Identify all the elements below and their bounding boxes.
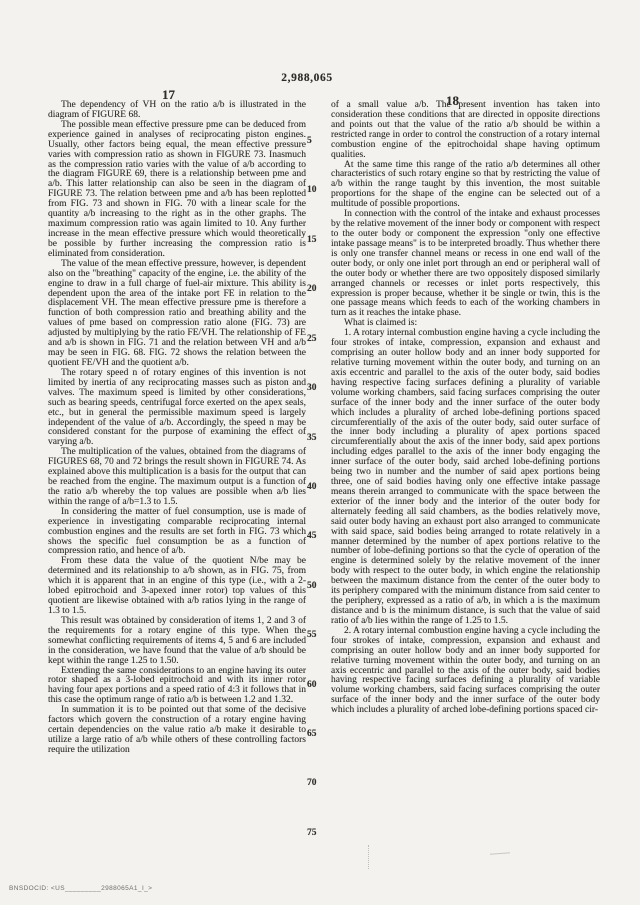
paragraph: The multiplication of the values, obtain…: [48, 448, 306, 508]
paragraph: From these data the value of the quotien…: [48, 557, 306, 617]
paragraph: The dependency of VH on the ratio a/b is…: [48, 101, 306, 121]
scan-artifact: [490, 852, 510, 854]
paragraph: 1. A rotary internal combustion engine h…: [331, 329, 600, 627]
patent-number: 2,988,065: [0, 72, 614, 84]
line-number: 5: [307, 136, 325, 146]
paragraph: In considering the matter of fuel consum…: [48, 508, 306, 558]
left-column: The dependency of VH on the ratio a/b is…: [48, 101, 306, 756]
line-number: 75: [307, 828, 325, 838]
paragraph: In connection with the control of the in…: [331, 210, 600, 319]
paragraph: The value of the mean effective pressure…: [48, 260, 306, 369]
line-number: 45: [307, 531, 325, 541]
right-column: of a small value a/b. The present invent…: [331, 101, 600, 716]
line-number: 55: [307, 630, 325, 640]
line-number: 20: [307, 284, 325, 294]
line-number: 65: [307, 729, 325, 739]
scan-artifact: [368, 845, 369, 869]
paragraph: This result was obtained by consideratio…: [48, 617, 306, 667]
line-number: 30: [307, 383, 325, 393]
patent-page: 2,988,065 17 18 The dependency of VH on …: [0, 0, 640, 905]
line-number-gutter: 5 10 15 20 25 30 35 40 45 50 55 60 65 70…: [307, 136, 325, 838]
line-number: 25: [307, 334, 325, 344]
line-number: 70: [307, 778, 325, 788]
line-number: 15: [307, 235, 325, 245]
line-number: 50: [307, 581, 325, 591]
paragraph: At the same time this range of the ratio…: [331, 161, 600, 211]
line-number: 40: [307, 482, 325, 492]
paragraph: Extending the same considerations to an …: [48, 667, 306, 707]
line-number: 35: [307, 433, 325, 443]
line-number: 60: [307, 680, 325, 690]
line-number: 10: [307, 185, 325, 195]
paragraph: In summation it is to be pointed out tha…: [48, 706, 306, 756]
paragraph: 2. A rotary internal combustion engine h…: [331, 627, 600, 716]
paragraph: of a small value a/b. The present invent…: [331, 101, 600, 161]
footer-docid: BNSDOCID: <US_________2988065A1_I_>: [9, 885, 152, 892]
paragraph: The rotary speed n of rotary engines of …: [48, 369, 306, 448]
paragraph: The possible mean effective pressure pme…: [48, 121, 306, 260]
